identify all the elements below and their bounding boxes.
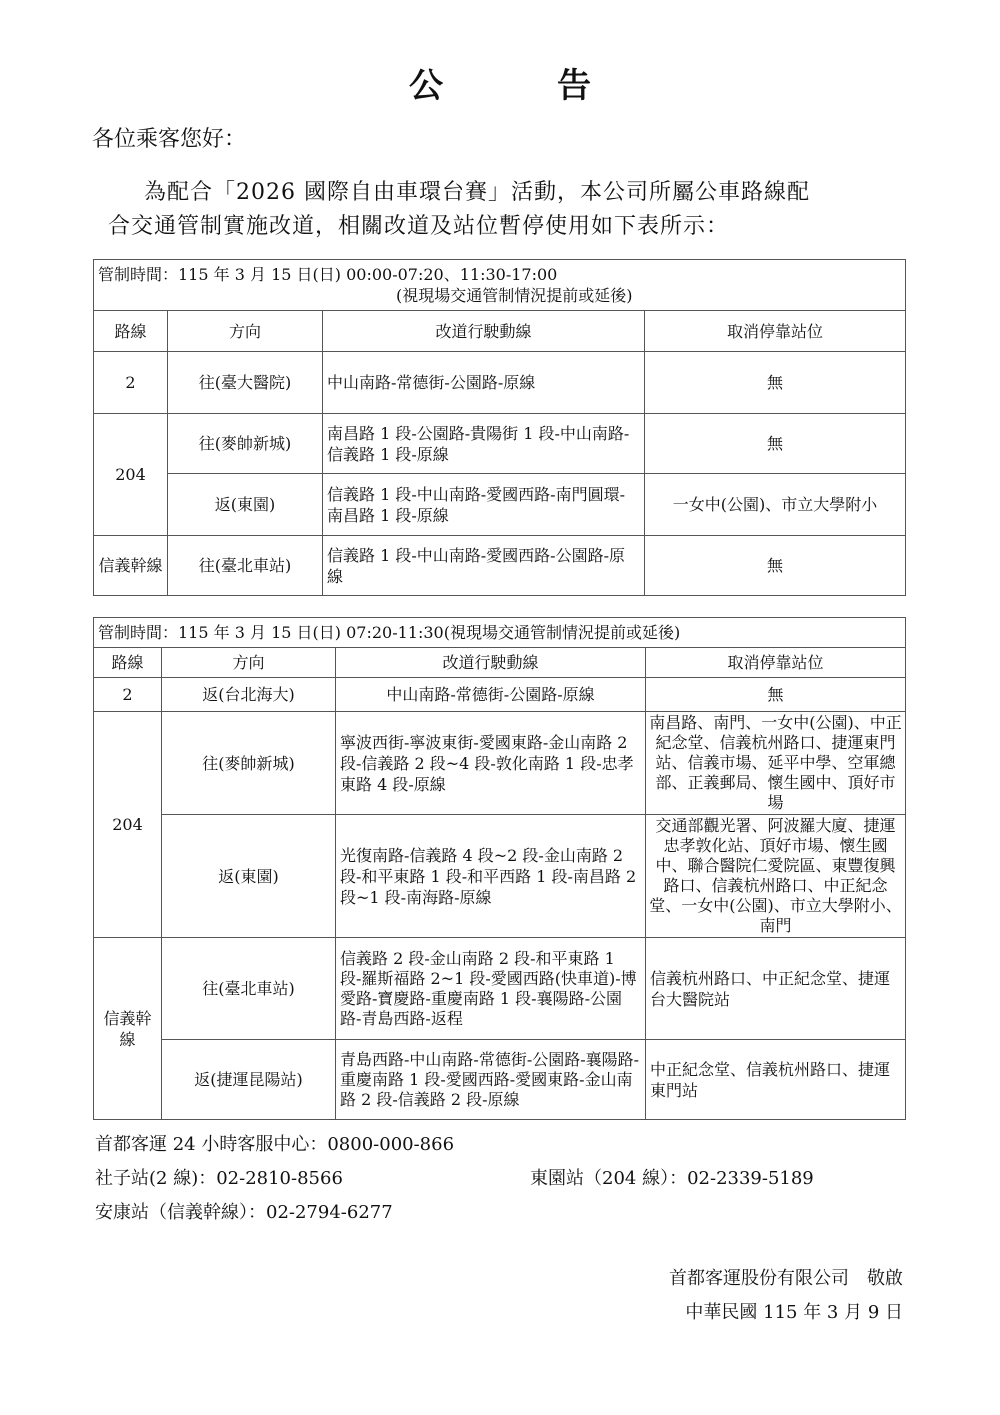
route-cell: 2 — [94, 352, 168, 414]
direction-cell: 返(東園) — [162, 815, 336, 938]
direction-cell: 返(台北海大) — [162, 678, 336, 712]
cancelled-cell: 無 — [645, 536, 906, 596]
table-row: 信義幹線 往(臺北車站) 信義路 2 段-金山南路 2 段-和平東路 1 段-羅… — [94, 938, 906, 1040]
header-cancelled: 取消停靠站位 — [645, 311, 906, 352]
page-title: 公 告 — [0, 58, 1000, 107]
route-cell: 信義幹線 — [94, 536, 168, 596]
route-cell: 204 — [94, 712, 162, 938]
table-row: 204 往(麥帥新城) 寧波西街-寧波東街-愛國東路-金山南路 2 段-信義路 … — [94, 712, 906, 815]
greeting: 各位乘客您好： — [92, 122, 246, 153]
control-time: 管制時間：115 年 3 月 15 日(日) 00:00-07:20、11:30… — [94, 260, 906, 311]
direction-cell: 往(麥帥新城) — [162, 712, 336, 815]
table-row: 204 往(麥帥新城) 南昌路 1 段-公園路-貴陽街 1 段-中山南路-信義路… — [94, 414, 906, 474]
table-row: 2 往(臺大醫院) 中山南路-常德街-公園路-原線 無 — [94, 352, 906, 414]
control-time-note: (視現場交通管制情況提前或延後) — [98, 285, 901, 306]
header-cancelled: 取消停靠站位 — [646, 648, 906, 678]
detour-cell: 中山南路-常德街-公園路-原線 — [323, 352, 645, 414]
route-cell: 信義幹線 — [94, 938, 162, 1120]
shezi-station-phone: 社子站(2 線)：02-2810-8566 — [95, 1168, 343, 1189]
header-route: 路線 — [94, 311, 168, 352]
header-direction: 方向 — [168, 311, 323, 352]
cancelled-cell: 無 — [646, 678, 906, 712]
direction-cell: 往(麥帥新城) — [168, 414, 323, 474]
route-cell: 2 — [94, 678, 162, 712]
cancelled-cell: 無 — [645, 352, 906, 414]
header-row: 路線 方向 改道行駛動線 取消停靠站位 — [94, 648, 906, 678]
detour-cell: 南昌路 1 段-公園路-貴陽街 1 段-中山南路-信義路 1 段-原線 — [323, 414, 645, 474]
direction-cell: 往(臺北車站) — [168, 536, 323, 596]
notice-date: 中華民國 115 年 3 月 9 日 — [669, 1296, 903, 1330]
control-time-row: 管制時間：115 年 3 月 15 日(日) 07:20-11:30(視現場交通… — [94, 618, 906, 648]
cancelled-cell: 信義杭州路口、中正紀念堂、捷運台大醫院站 — [646, 938, 906, 1040]
control-time: 管制時間：115 年 3 月 15 日(日) 07:20-11:30(視現場交通… — [94, 618, 906, 648]
header-route: 路線 — [94, 648, 162, 678]
ankang-station-phone: 安康站（信義幹線）：02-2794-6277 — [95, 1202, 393, 1223]
detour-cell: 光復南路-信義路 4 段~2 段-金山南路 2 段-和平東路 1 段-和平西路 … — [336, 815, 646, 938]
control-time-row: 管制時間：115 年 3 月 15 日(日) 00:00-07:20、11:30… — [94, 260, 906, 311]
dongyuan-station-phone: 東園站（204 線）：02-2339-5189 — [530, 1162, 814, 1196]
direction-cell: 返(東園) — [168, 474, 323, 536]
table-row: 返(捷運昆陽站) 青島西路-中山南路-常德街-公園路-襄陽路-重慶南路 1 段-… — [94, 1040, 906, 1120]
detour-cell: 信義路 2 段-金山南路 2 段-和平東路 1 段-羅斯福路 2~1 段-愛國西… — [336, 938, 646, 1040]
control-time-text: 管制時間：115 年 3 月 15 日(日) 00:00-07:20、11:30… — [98, 265, 557, 284]
route-cell: 204 — [94, 414, 168, 536]
intro-line-2: 合交通管制實施改道，相關改道及站位暫停使用如下表所示： — [92, 210, 912, 244]
cancelled-cell: 中正紀念堂、信義杭州路口、捷運東門站 — [646, 1040, 906, 1120]
detour-table-1: 管制時間：115 年 3 月 15 日(日) 00:00-07:20、11:30… — [93, 259, 906, 596]
header-row: 路線 方向 改道行駛動線 取消停靠站位 — [94, 311, 906, 352]
hotline: 首都客運 24 小時客服中心：0800-000-866 — [95, 1134, 454, 1155]
detour-cell: 寧波西街-寧波東街-愛國東路-金山南路 2 段-信義路 2 段~4 段-敦化南路… — [336, 712, 646, 815]
company-name: 首都客運股份有限公司 敬啟 — [669, 1262, 903, 1296]
cancelled-cell: 交通部觀光署、阿波羅大廈、捷運忠孝敦化站、頂好市場、懷生國中、聯合醫院仁愛院區、… — [646, 815, 906, 938]
detour-table-2: 管制時間：115 年 3 月 15 日(日) 07:20-11:30(視現場交通… — [93, 617, 906, 1120]
table-row: 信義幹線 往(臺北車站) 信義路 1 段-中山南路-愛國西路-公園路-原線 無 — [94, 536, 906, 596]
table-row: 2 返(台北海大) 中山南路-常德街-公園路-原線 無 — [94, 678, 906, 712]
contacts: 首都客運 24 小時客服中心：0800-000-866 社子站(2 線)：02-… — [95, 1128, 915, 1230]
header-direction: 方向 — [162, 648, 336, 678]
header-detour: 改道行駛動線 — [336, 648, 646, 678]
direction-cell: 往(臺大醫院) — [168, 352, 323, 414]
intro-line-1: 為配合「2026 國際自由車環台賽」活動，本公司所屬公車路線配 — [92, 176, 912, 210]
header-detour: 改道行駛動線 — [323, 311, 645, 352]
detour-cell: 青島西路-中山南路-常德街-公園路-襄陽路-重慶南路 1 段-愛國西路-愛國東路… — [336, 1040, 646, 1120]
table-row: 返(東園) 光復南路-信義路 4 段~2 段-金山南路 2 段-和平東路 1 段… — [94, 815, 906, 938]
cancelled-cell: 一女中(公園)、市立大學附小 — [645, 474, 906, 536]
detour-cell: 信義路 1 段-中山南路-愛國西路-公園路-原線 — [323, 536, 645, 596]
table-row: 返(東園) 信義路 1 段-中山南路-愛國西路-南門圓環-南昌路 1 段-原線 … — [94, 474, 906, 536]
signature: 首都客運股份有限公司 敬啟 中華民國 115 年 3 月 9 日 — [669, 1262, 903, 1330]
cancelled-cell: 無 — [645, 414, 906, 474]
detour-cell: 信義路 1 段-中山南路-愛國西路-南門圓環-南昌路 1 段-原線 — [323, 474, 645, 536]
direction-cell: 往(臺北車站) — [162, 938, 336, 1040]
intro-paragraph: 為配合「2026 國際自由車環台賽」活動，本公司所屬公車路線配 合交通管制實施改… — [92, 176, 912, 244]
cancelled-cell: 南昌路、南門、一女中(公園)、中正紀念堂、信義杭州路口、捷運東門站、信義市場、延… — [646, 712, 906, 815]
direction-cell: 返(捷運昆陽站) — [162, 1040, 336, 1120]
detour-cell: 中山南路-常德街-公園路-原線 — [336, 678, 646, 712]
